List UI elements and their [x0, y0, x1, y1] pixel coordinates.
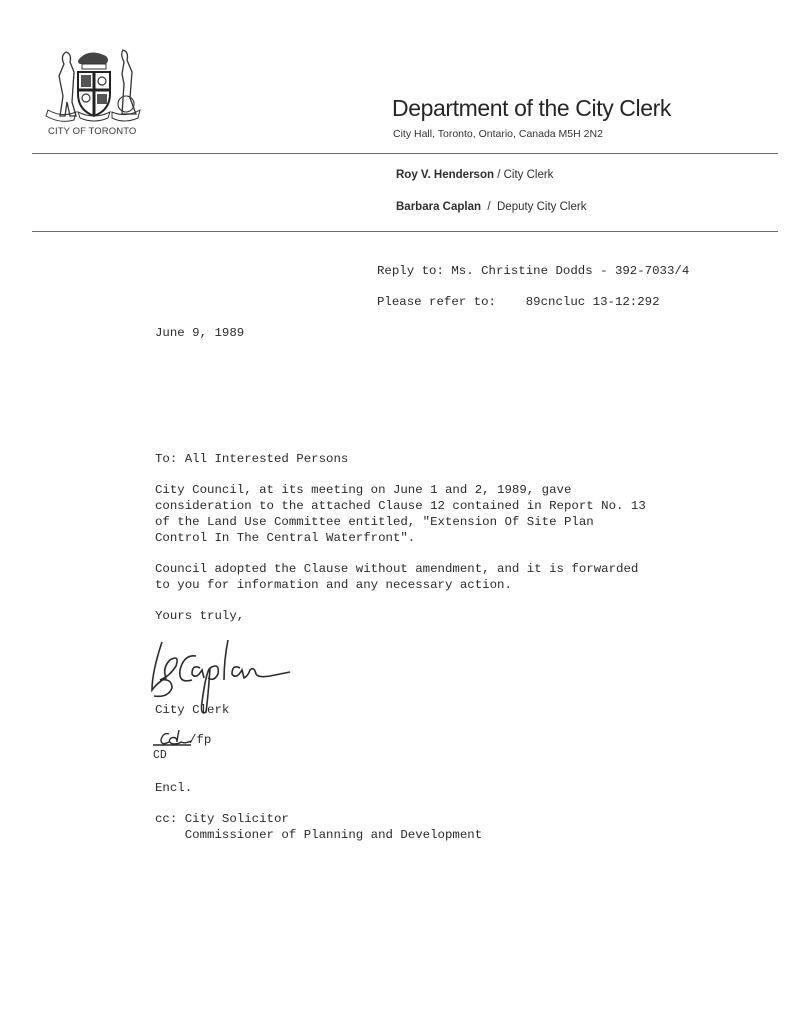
- closing: Yours truly,: [155, 608, 244, 624]
- initials-suffix: /fp: [189, 732, 211, 748]
- coat-of-arms-icon: [44, 44, 144, 126]
- initials-label: CD: [153, 748, 167, 764]
- letter-date: June 9, 1989: [155, 325, 244, 341]
- staff-name: Roy V. Henderson: [396, 169, 494, 181]
- salutation: To: All Interested Persons: [155, 451, 348, 467]
- paragraph-line: consideration to the attached Clause 12 …: [155, 498, 646, 514]
- paragraph-line: to you for information and any necessary…: [155, 577, 512, 593]
- paragraph-line: Control In The Central Waterfront".: [155, 530, 415, 546]
- enclosure-note: Encl.: [155, 780, 192, 796]
- paragraph-line: Council adopted the Clause without amend…: [155, 561, 638, 577]
- paragraph-line: of the Land Use Committee entitled, "Ext…: [155, 514, 594, 530]
- staff-name: Barbara Caplan: [396, 201, 481, 213]
- city-label: CITY OF TORONTO: [48, 126, 136, 137]
- paragraph-line: City Council, at its meeting on June 1 a…: [155, 482, 571, 498]
- reply-to: Reply to: Ms. Christine Dodds - 392-7033…: [377, 263, 689, 279]
- header-divider-top: [32, 153, 778, 154]
- cc-line: Commissioner of Planning and Development: [155, 827, 482, 843]
- department-title: Department of the City Clerk: [392, 95, 671, 122]
- header-divider-bottom: [32, 231, 778, 232]
- cc-line: cc: City Solicitor: [155, 811, 289, 827]
- signature-title: City Clerk: [155, 702, 229, 718]
- department-address: City Hall, Toronto, Ontario, Canada M5H …: [393, 128, 603, 140]
- staff-title: / City Clerk: [494, 169, 553, 181]
- staff-city-clerk: Roy V. Henderson / City Clerk: [396, 169, 553, 181]
- refer-to: Please refer to: 89cncluc 13-12:292: [377, 294, 660, 310]
- handwritten-initials-icon: [153, 728, 193, 748]
- staff-title: / Deputy City Clerk: [481, 201, 586, 213]
- staff-deputy-city-clerk: Barbara Caplan / Deputy City Clerk: [396, 201, 586, 213]
